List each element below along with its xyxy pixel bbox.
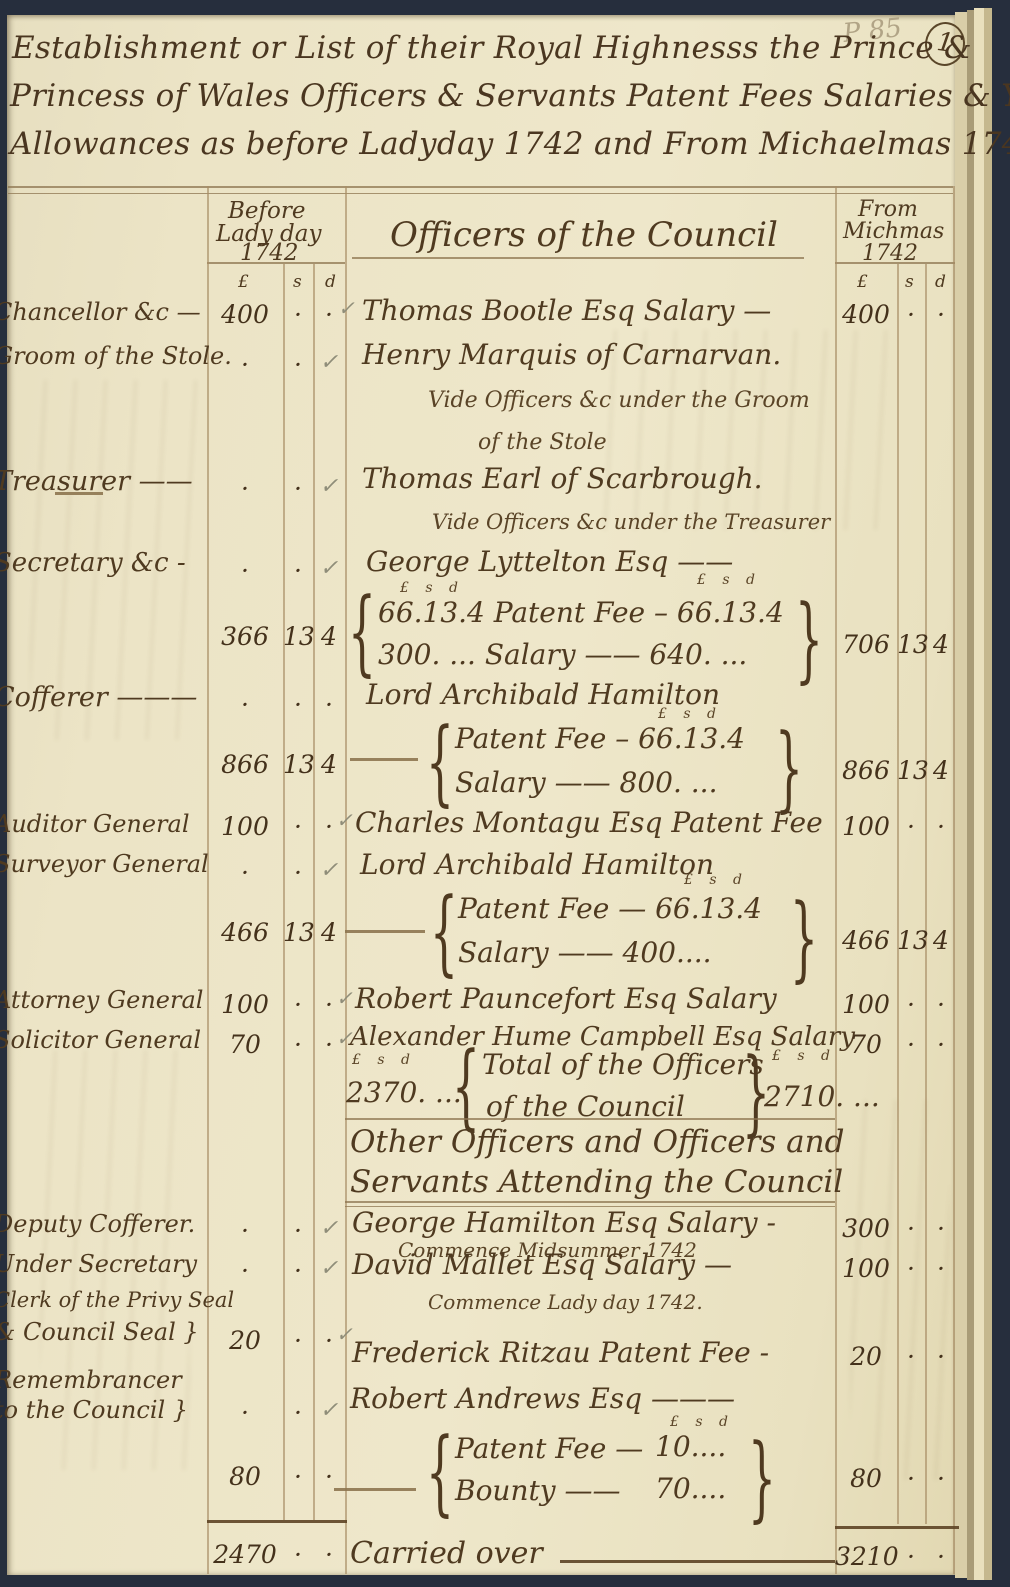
currency-pence-before: d bbox=[325, 272, 336, 292]
total-officers-caption-1: Total of the Officers bbox=[482, 1048, 764, 1081]
column-rule bbox=[925, 264, 927, 1524]
row-attorney-officer: Robert Pauncefort Esq Salary bbox=[355, 982, 777, 1015]
amount-pounds: 80 bbox=[835, 1464, 897, 1493]
amount-pence: · bbox=[925, 1342, 957, 1371]
col-header-before-3: 1742 bbox=[240, 240, 299, 266]
filler-dash bbox=[345, 930, 425, 933]
amount-before-attorney: 100 · · bbox=[207, 990, 345, 1019]
amount-pence: · bbox=[925, 1214, 957, 1243]
from-total-rule bbox=[835, 1526, 959, 1529]
amount-before-secretary-total: 366 13 4 bbox=[207, 622, 345, 651]
audit-tick: ✓ bbox=[313, 556, 345, 585]
amount-pounds: 20 bbox=[207, 1326, 283, 1355]
amount-pounds: 2470 bbox=[207, 1540, 283, 1569]
row-surveyor-label: Surveyor General bbox=[0, 850, 209, 878]
amount-pence: · bbox=[925, 1254, 957, 1283]
amount-before-surveyor: · · ✓ bbox=[207, 858, 345, 887]
page-stack-edge bbox=[984, 8, 992, 1580]
audit-tick: ✓ bbox=[313, 1398, 345, 1427]
row-chancellor-officer: Thomas Bootle Esq Salary — bbox=[362, 294, 771, 327]
amount-shillings: · bbox=[897, 1254, 925, 1283]
lsd-superscript: £ s d bbox=[352, 1052, 416, 1068]
section2-header-2: Servants Attending the Council bbox=[350, 1164, 843, 1200]
amount-shillings: · bbox=[283, 1540, 313, 1569]
row-remembrancer-label-1: Remembrancer bbox=[0, 1366, 182, 1394]
row-under-sec-note: Commence Lady day 1742. bbox=[428, 1290, 703, 1314]
amount-shillings: · bbox=[283, 690, 313, 719]
amount-pounds: 400 bbox=[207, 300, 283, 329]
amount-before-surveyor-total: 466 13 4 bbox=[207, 918, 345, 947]
lsd-superscript: £ s d bbox=[670, 1414, 734, 1430]
row-clerk-label-2: & Council Seal } bbox=[0, 1318, 199, 1346]
amount-pence: 4 bbox=[925, 630, 957, 659]
row-andrews-bounty: Bounty —— bbox=[455, 1474, 620, 1507]
amount-pounds: 20 bbox=[835, 1342, 897, 1371]
amount-from-carried: 3210 · · bbox=[835, 1542, 957, 1571]
amount-pounds: 100 bbox=[207, 990, 283, 1019]
row-secretary-officer: George Lyttelton Esq —— bbox=[366, 545, 733, 578]
table-top-rule-2 bbox=[8, 193, 953, 194]
audit-tick: ✓ bbox=[313, 1216, 345, 1245]
amount-pence: · bbox=[313, 690, 345, 719]
before-total-rule bbox=[207, 1520, 347, 1523]
opening-brace: { bbox=[430, 880, 458, 987]
row-treasurer-note: Vide Officers &c under the Treasurer bbox=[432, 510, 830, 534]
row-andrews-patent-fee: Patent Fee — bbox=[455, 1432, 643, 1465]
amount-shillings: · bbox=[897, 1214, 925, 1243]
amount-pounds: · bbox=[207, 690, 283, 719]
amount-shillings: · bbox=[283, 350, 313, 379]
amount-pounds: 866 bbox=[207, 750, 283, 779]
total-officers-before: 2370. ... bbox=[346, 1076, 462, 1109]
lsd-superscript: £ s d bbox=[697, 572, 761, 588]
row-surveyor-salary: Salary —— 400.... bbox=[458, 936, 712, 969]
amount-shillings: · bbox=[283, 1216, 313, 1245]
row-andrews-bounty-amount: 70.... bbox=[655, 1472, 726, 1505]
row-groom-note-2: of the Stole bbox=[478, 430, 607, 455]
carried-over-dash bbox=[560, 1560, 835, 1563]
amount-from-attorney: 100 · · bbox=[835, 990, 957, 1019]
total-officers-from: 2710. ... bbox=[764, 1080, 880, 1113]
row-treasurer-label: Treasurer —— bbox=[0, 466, 193, 497]
amount-pounds: 100 bbox=[207, 812, 283, 841]
amount-pounds: · bbox=[207, 858, 283, 887]
amount-shillings: · bbox=[283, 812, 313, 841]
amount-before-andrews-total: 80 · · bbox=[207, 1462, 345, 1491]
opening-brace: { bbox=[426, 1420, 454, 1527]
amount-pounds: 80 bbox=[207, 1462, 283, 1491]
row-clerk-label-1: Clerk of the Privy Seal bbox=[0, 1288, 234, 1312]
amount-shillings: 13 bbox=[897, 630, 925, 659]
row-attorney-label: Attorney General bbox=[0, 986, 203, 1014]
row-surveyor-officer: Lord Archibald Hamilton bbox=[360, 848, 714, 881]
amount-from-under-sec: 100 · · bbox=[835, 1254, 957, 1283]
audit-tick: ✓ bbox=[336, 986, 353, 1010]
audit-tick: ✓ bbox=[336, 1322, 353, 1346]
row-solicitor-label: Solicitor General bbox=[0, 1026, 201, 1054]
row-cofferer-label: Cofferer ——— bbox=[0, 682, 197, 713]
amount-from-andrews-total: 80 · · bbox=[835, 1464, 957, 1493]
carried-over-label: Carried over bbox=[350, 1536, 543, 1571]
amount-shillings: · bbox=[897, 1342, 925, 1371]
amount-pence: · bbox=[925, 1542, 957, 1571]
row-secretary-label: Secretary &c - bbox=[0, 548, 186, 578]
amount-shillings: · bbox=[897, 1464, 925, 1493]
amount-shillings: 13 bbox=[897, 926, 925, 955]
amount-pence: 4 bbox=[925, 756, 957, 785]
row-secretary-salary: 300. ... Salary —— 640. ... bbox=[378, 638, 747, 671]
row-clerk-officer: Frederick Ritzau Patent Fee - bbox=[352, 1336, 769, 1369]
amount-shillings: · bbox=[283, 300, 313, 329]
row-remembrancer-label-2: to the Council } bbox=[0, 1396, 188, 1424]
manuscript-page: P 85 1 Establishment or List of their Ro… bbox=[0, 0, 1010, 1587]
amount-pounds: · bbox=[207, 474, 283, 503]
row-treasurer-officer: Thomas Earl of Scarbrough. bbox=[362, 462, 763, 495]
amount-shillings: · bbox=[283, 474, 313, 503]
officers-header-underline bbox=[352, 257, 804, 259]
opening-brace: { bbox=[348, 580, 376, 687]
audit-tick: ✓ bbox=[313, 858, 345, 887]
section-rule bbox=[345, 1118, 835, 1120]
amount-pence: · bbox=[925, 1464, 957, 1493]
page-title-line-3: Allowances as before Ladyday 1742 and Fr… bbox=[10, 126, 1010, 162]
row-chancellor-label: Chancellor &c — bbox=[0, 298, 201, 326]
amount-shillings: · bbox=[283, 1326, 313, 1355]
row-under-sec-officer: David Mallet Esq Salary — bbox=[352, 1248, 732, 1281]
closing-brace: } bbox=[795, 587, 823, 694]
amount-from-dep-cofferer: 300 · · bbox=[835, 1214, 957, 1243]
amount-before-clerk: 20 · · bbox=[207, 1326, 345, 1355]
col-header-from-3: 1742 bbox=[862, 241, 918, 266]
amount-before-remembrancer: · · ✓ bbox=[207, 1398, 345, 1427]
lsd-superscript: £ s d bbox=[772, 1048, 836, 1064]
section-rule bbox=[345, 1201, 835, 1203]
column-rule bbox=[345, 186, 347, 1574]
amount-pounds: · bbox=[207, 1216, 283, 1245]
row-auditor-officer: Charles Montagu Esq Patent Fee bbox=[355, 806, 823, 839]
amount-from-surveyor-total: 466 13 4 bbox=[835, 926, 957, 955]
amount-pounds: 100 bbox=[835, 812, 897, 841]
bleed-through bbox=[850, 1100, 950, 1480]
row-auditor-label: Auditor General bbox=[0, 810, 190, 838]
amount-pounds: · bbox=[207, 1398, 283, 1427]
row-remembrancer-officer: Robert Andrews Esq ——— bbox=[350, 1382, 735, 1415]
page-stack-edge bbox=[974, 8, 984, 1580]
amount-before-solicitor: 70 · · bbox=[207, 1030, 345, 1059]
currency-shilling-from: s bbox=[905, 272, 914, 292]
row-cofferer-salary: Salary —— 800. ... bbox=[455, 766, 717, 799]
amount-pence: · bbox=[925, 990, 957, 1019]
amount-from-auditor: 100 · · bbox=[835, 812, 957, 841]
amount-pounds: · bbox=[207, 1256, 283, 1285]
amount-shillings: 13 bbox=[283, 918, 313, 947]
audit-tick: ✓ bbox=[313, 474, 345, 503]
amount-pounds: 300 bbox=[835, 1214, 897, 1243]
row-groom-note-1: Vide Officers &c under the Groom bbox=[428, 388, 810, 413]
amount-shillings: · bbox=[283, 1462, 313, 1491]
audit-tick: ✓ bbox=[336, 808, 353, 832]
audit-tick: ✓ bbox=[313, 1256, 345, 1285]
row-groom-label: Groom of the Stole. bbox=[0, 342, 232, 370]
amount-pounds: · bbox=[207, 556, 283, 585]
amount-shillings: · bbox=[283, 1398, 313, 1427]
amount-before-under-sec: · · ✓ bbox=[207, 1256, 345, 1285]
amount-pounds: 400 bbox=[835, 300, 897, 329]
amount-pounds: 466 bbox=[835, 926, 897, 955]
amount-pence: · bbox=[313, 1540, 345, 1569]
amount-pence: · bbox=[925, 812, 957, 841]
amount-pounds: 466 bbox=[207, 918, 283, 947]
row-dep-cofferer-officer: George Hamilton Esq Salary - bbox=[352, 1206, 776, 1239]
column-rule bbox=[897, 264, 899, 1524]
col-header-officers: Officers of the Council bbox=[390, 215, 778, 255]
audit-tick: ✓ bbox=[313, 350, 345, 379]
amount-pounds: 70 bbox=[207, 1030, 283, 1059]
lsd-superscript: £ s d bbox=[658, 706, 722, 722]
amount-shillings: · bbox=[283, 990, 313, 1019]
row-groom-officer: Henry Marquis of Carnarvan. bbox=[362, 338, 781, 371]
amount-pounds: 3210 bbox=[835, 1542, 897, 1571]
currency-pence-from: d bbox=[935, 272, 946, 292]
row-under-sec-label: Under Secretary bbox=[0, 1250, 197, 1278]
amount-shillings: · bbox=[283, 1256, 313, 1285]
amount-before-cofferer-total: 866 13 4 bbox=[207, 750, 345, 779]
amount-shillings: 13 bbox=[897, 756, 925, 785]
amount-pence: 4 bbox=[313, 622, 345, 651]
row-andrews-patent-fee-amount: 10.... bbox=[655, 1430, 726, 1463]
filler-dash bbox=[334, 1488, 416, 1491]
lsd-superscript: £ s d bbox=[684, 872, 748, 888]
amount-shillings: · bbox=[897, 812, 925, 841]
row-secretary-patent-fee: 66.13.4 Patent Fee – 66.13.4 bbox=[378, 596, 784, 629]
section2-header-1: Other Officers and Officers and bbox=[350, 1124, 844, 1160]
amount-from-chancellor: 400 · · bbox=[835, 300, 957, 329]
currency-shilling-before: s bbox=[293, 272, 302, 292]
amount-pounds: · bbox=[207, 350, 283, 379]
page-title-line-2: Princess of Wales Officers & Servants Pa… bbox=[10, 78, 1010, 114]
amount-shillings: · bbox=[897, 1542, 925, 1571]
amount-shillings: · bbox=[897, 300, 925, 329]
currency-pound-from: £ bbox=[857, 272, 868, 292]
row-surveyor-patent-fee: Patent Fee — 66.13.4 bbox=[458, 892, 762, 925]
amount-before-treasurer: · · ✓ bbox=[207, 474, 345, 503]
amount-pence: 4 bbox=[313, 918, 345, 947]
page-title-line-1: Establishment or List of their Royal Hig… bbox=[12, 30, 972, 66]
amount-pounds: 706 bbox=[835, 630, 897, 659]
closing-brace: } bbox=[748, 1426, 776, 1533]
amount-shillings: · bbox=[283, 858, 313, 887]
currency-pound-before: £ bbox=[238, 272, 249, 292]
amount-before-cofferer: · · · bbox=[207, 690, 345, 719]
table-top-rule bbox=[8, 186, 953, 188]
amount-pounds: 70 bbox=[835, 1030, 897, 1059]
amount-from-solicitor: 70 · · bbox=[835, 1030, 957, 1059]
amount-pounds: 100 bbox=[835, 1254, 897, 1283]
amount-shillings: · bbox=[897, 1030, 925, 1059]
audit-tick: ✓ bbox=[338, 296, 355, 320]
amount-before-groom: · · ✓ bbox=[207, 350, 345, 379]
amount-before-dep-cofferer: · · ✓ bbox=[207, 1216, 345, 1245]
amount-shillings: · bbox=[283, 556, 313, 585]
amount-before-secretary: · · ✓ bbox=[207, 556, 345, 585]
amount-shillings: 13 bbox=[283, 622, 313, 651]
amount-pence: 4 bbox=[925, 926, 957, 955]
opening-brace: { bbox=[426, 710, 454, 817]
filler-dash bbox=[350, 758, 418, 761]
amount-pence: · bbox=[925, 300, 957, 329]
amount-before-carried: 2470 · · bbox=[207, 1540, 345, 1569]
amount-pounds: 866 bbox=[835, 756, 897, 785]
page-stack-edge bbox=[967, 10, 974, 1580]
amount-before-chancellor: 400 · · bbox=[207, 300, 345, 329]
amount-shillings: 13 bbox=[283, 750, 313, 779]
amount-before-auditor: 100 · · bbox=[207, 812, 345, 841]
row-cofferer-patent-fee: Patent Fee – 66.13.4 bbox=[455, 722, 745, 755]
lsd-superscript: £ s d bbox=[400, 580, 464, 596]
amount-shillings: · bbox=[897, 990, 925, 1019]
amount-from-clerk: 20 · · bbox=[835, 1342, 957, 1371]
closing-brace: } bbox=[790, 886, 818, 993]
row-dep-cofferer-label: Deputy Cofferer. bbox=[0, 1210, 195, 1238]
amount-from-cofferer-total: 866 13 4 bbox=[835, 756, 957, 785]
amount-pounds: 366 bbox=[207, 622, 283, 651]
amount-pence: · bbox=[313, 1462, 345, 1491]
amount-pence: 4 bbox=[313, 750, 345, 779]
amount-shillings: · bbox=[283, 1030, 313, 1059]
amount-pounds: 100 bbox=[835, 990, 897, 1019]
amount-pence: · bbox=[925, 1030, 957, 1059]
amount-from-secretary-total: 706 13 4 bbox=[835, 630, 957, 659]
